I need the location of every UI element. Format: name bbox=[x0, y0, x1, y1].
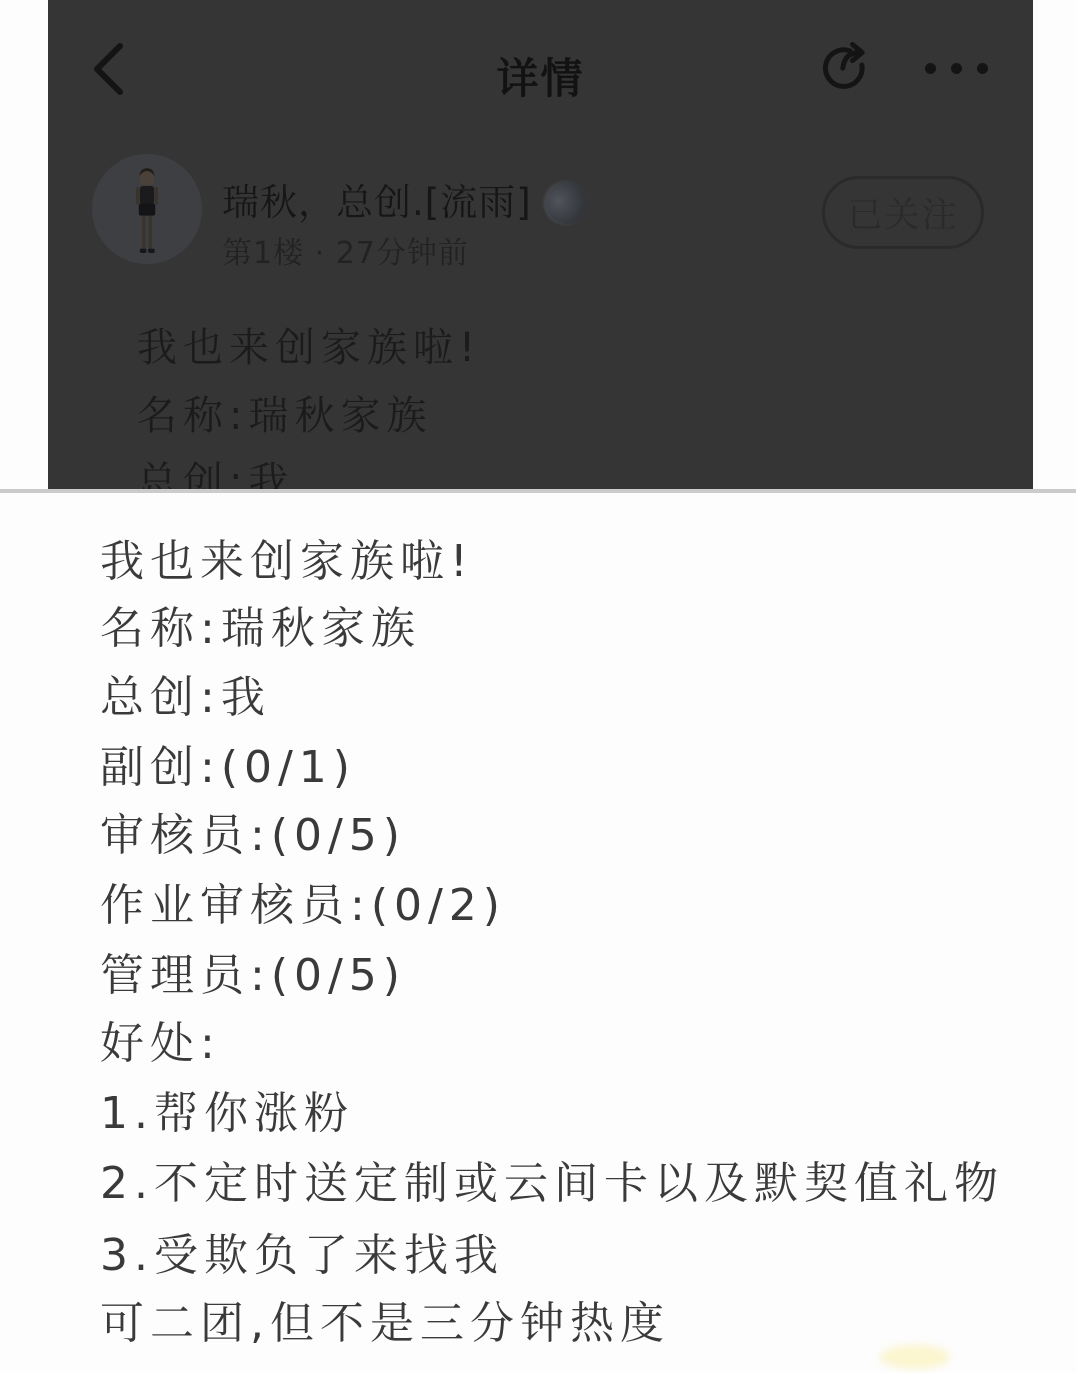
post-image-view[interactable]: 我也来创家族啦! 名称:瑞秋家族 总创:我 副创:(0/1) 审核员:(0/5)… bbox=[0, 493, 1076, 1373]
ellipsis-dot bbox=[977, 63, 988, 74]
image-text-line: 总创:我 bbox=[100, 661, 271, 725]
share-button[interactable] bbox=[818, 38, 874, 94]
watermark-smudge bbox=[880, 1345, 950, 1369]
image-text-line: 3.受欺负了来找我 bbox=[100, 1219, 504, 1283]
ellipsis-dot bbox=[951, 63, 962, 74]
post-content-line: 总创:我 bbox=[137, 450, 294, 490]
followed-button[interactable]: 已关注 bbox=[822, 176, 984, 249]
user-level-badge-icon bbox=[546, 182, 588, 224]
share-redo-icon bbox=[818, 79, 874, 98]
page-title: 详情 bbox=[48, 46, 1033, 106]
more-options-button[interactable] bbox=[914, 46, 998, 90]
image-text-line: 管理员:(0/5) bbox=[100, 939, 406, 1003]
image-text-line: 好处: bbox=[100, 1007, 221, 1071]
username[interactable]: 瑞秋，总创.[流雨] bbox=[222, 172, 532, 226]
image-text-line: 1.帮你涨粉 bbox=[100, 1077, 354, 1141]
navbar: 详情 bbox=[48, 0, 1033, 110]
avatar-figure-icon bbox=[92, 249, 202, 264]
ellipsis-dot bbox=[925, 63, 936, 74]
image-text-line: 可二团,但不是三分钟热度 bbox=[100, 1287, 670, 1351]
image-text-line: 副创:(0/1) bbox=[100, 731, 356, 795]
app-detail-panel: 详情 bbox=[48, 0, 1033, 490]
floor-and-time: 第1楼 · 27分钟前 bbox=[222, 228, 469, 272]
post-content-line: 名称:瑞秋家族 bbox=[137, 384, 432, 441]
image-text-line: 我也来创家族啦! bbox=[100, 525, 474, 589]
image-text-line: 名称:瑞秋家族 bbox=[100, 592, 421, 656]
user-avatar[interactable] bbox=[92, 154, 202, 264]
image-text-line: 审核员:(0/5) bbox=[100, 799, 406, 863]
post-content-line: 我也来创家族啦! bbox=[137, 316, 481, 373]
image-text-line: 2.不定时送定制或云间卡以及默契值礼物 bbox=[100, 1147, 1004, 1211]
screenshot-canvas: 详情 bbox=[0, 0, 1076, 1373]
image-text-line: 作业审核员:(0/2) bbox=[100, 869, 506, 933]
